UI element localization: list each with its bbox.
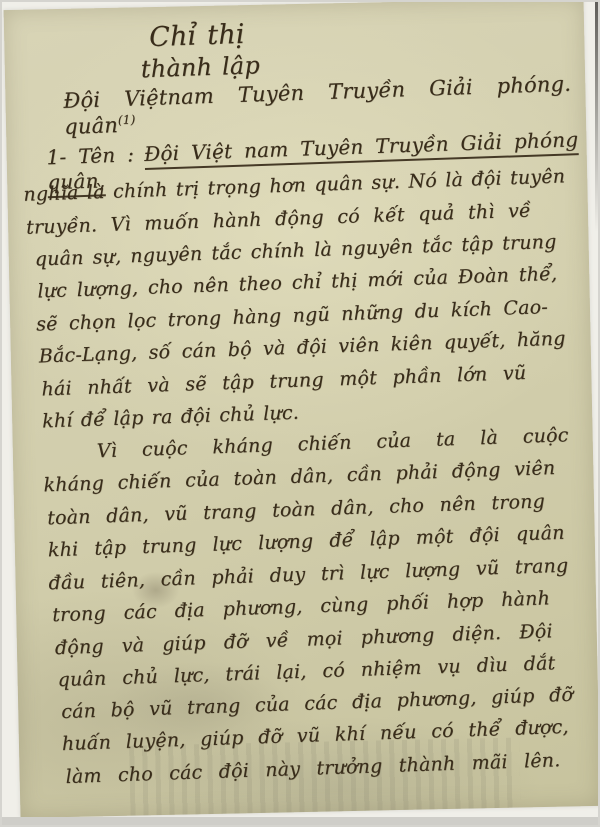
manuscript-page: Chỉ thị thành lập Đội Việtnam Tuyên Truy… [4,0,600,818]
manuscript-title-line-2: thành lập [140,50,260,84]
manuscript-line: hái nhất và sẽ tập trung một phần lớn vũ [41,362,527,402]
footnote-marker: (1) [118,113,136,128]
section-number: 1- Tên : [46,142,134,169]
photograph: Chỉ thị thành lập Đội Việtnam Tuyên Truy… [0,0,600,827]
manuscript-line: làm cho các đội này trưởng thành mãi lên… [65,749,561,790]
manuscript-title-line-1: Chỉ thị [149,18,246,55]
photo-edge-shadow [595,2,598,232]
manuscript-line: khí để lập ra đội chủ lực. [42,402,300,434]
photo-edge-bottom [2,817,598,825]
